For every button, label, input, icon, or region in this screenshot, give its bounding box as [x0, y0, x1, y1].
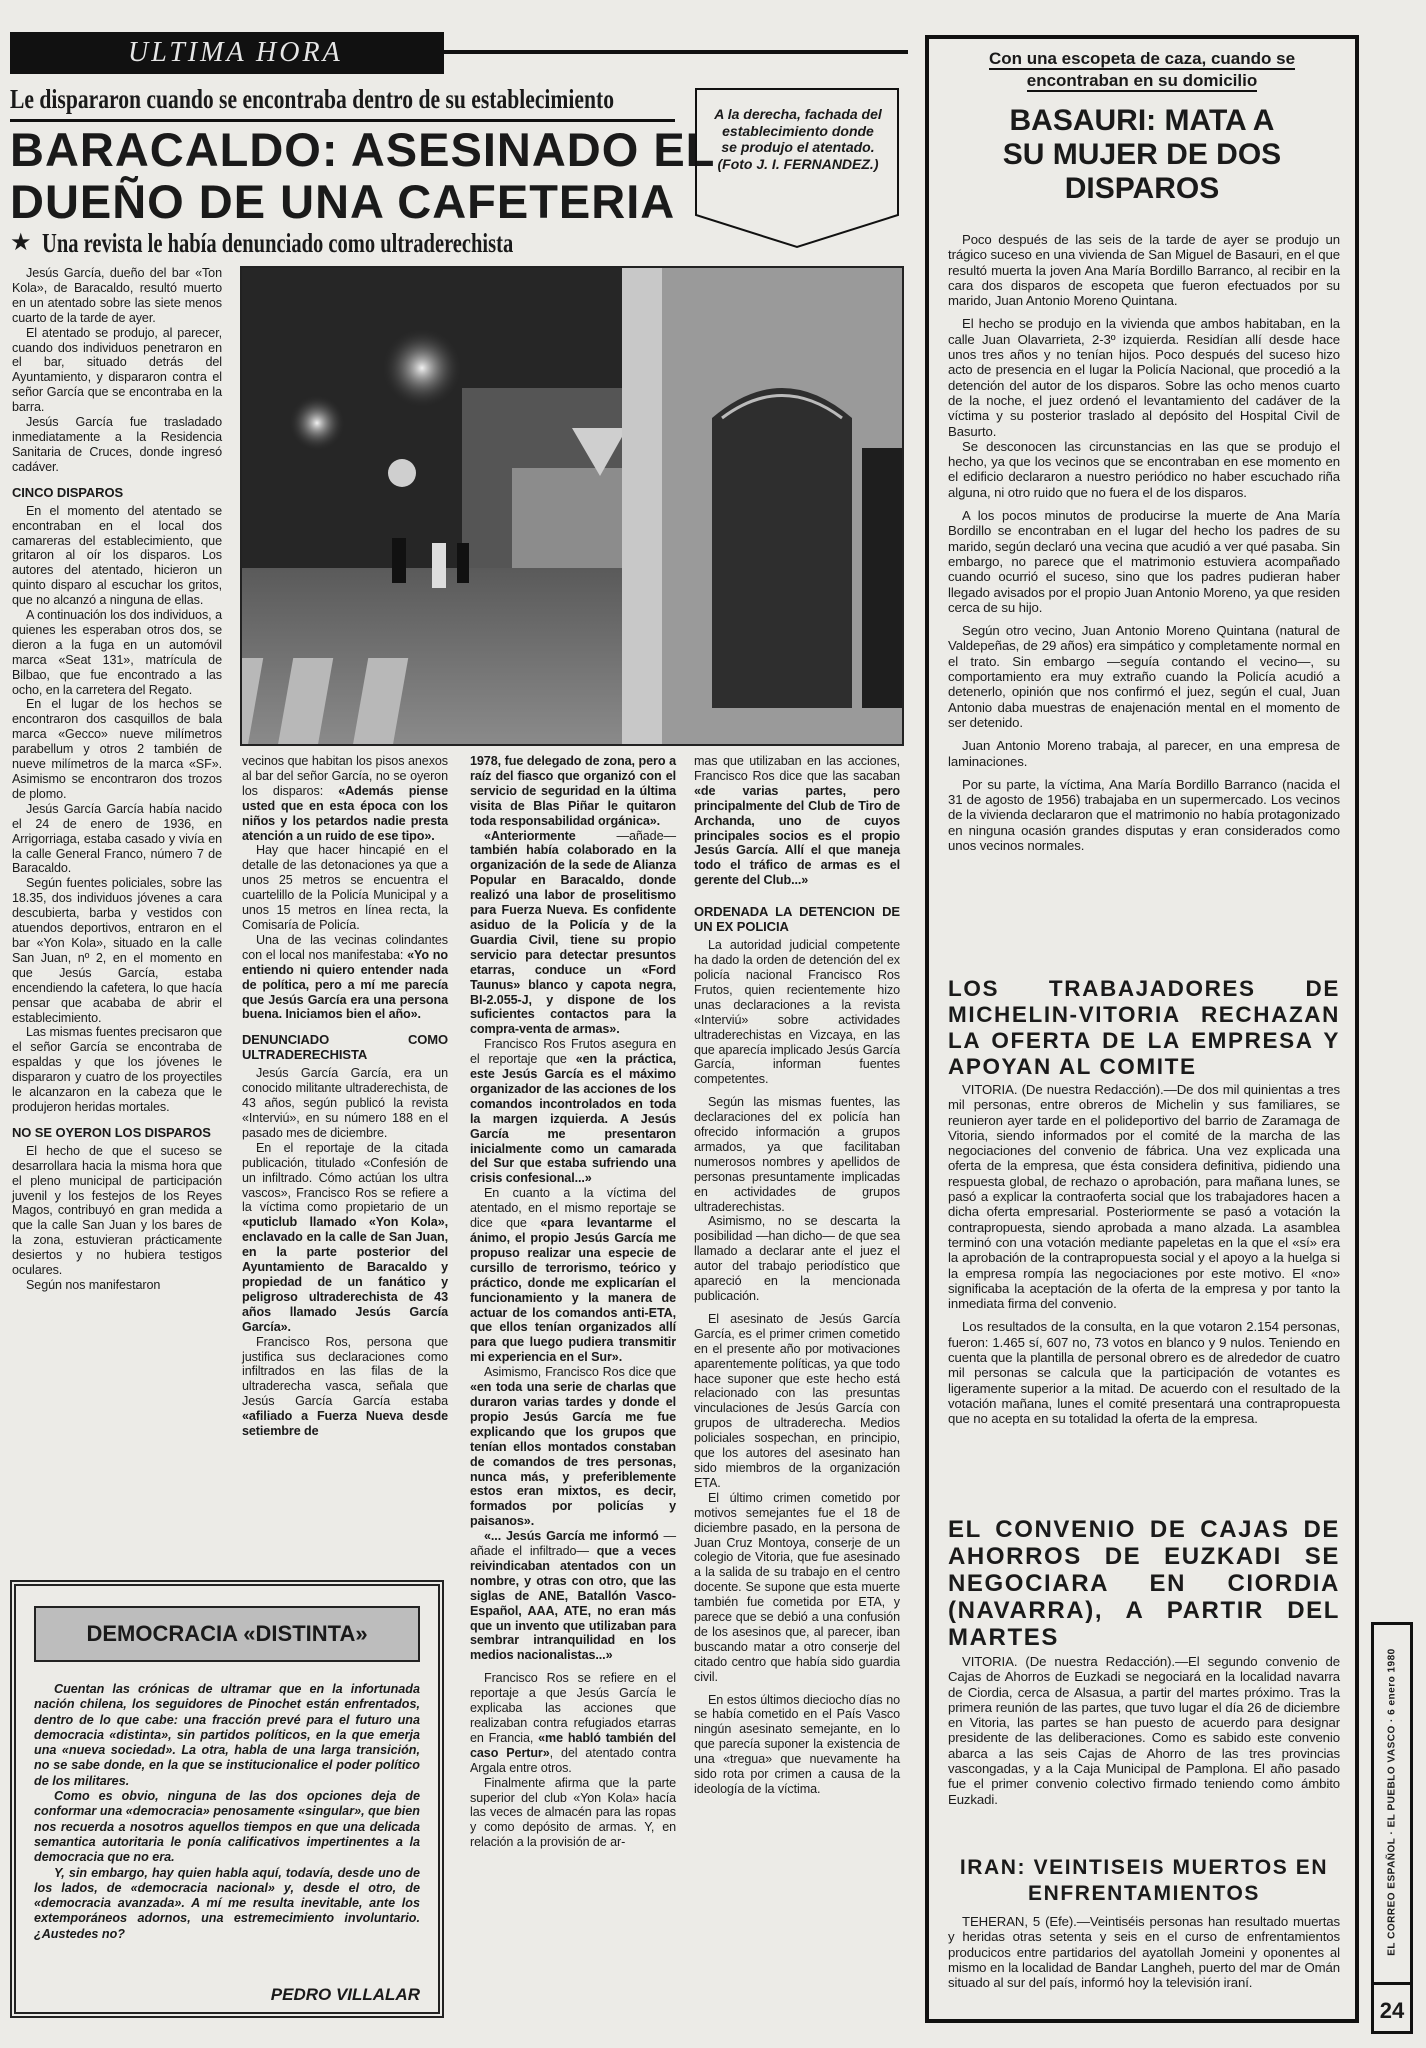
cajas-body: VITORIA. (De nuestra Redacción).—El segu…	[948, 1654, 1340, 1807]
main-story-column-3: 1978, fue delegado de zona, pero a raíz …	[470, 754, 676, 1850]
paragraph: En estos últimos dieciocho días no se ha…	[694, 1693, 900, 1797]
main-story-column-4: mas que utilizaban en las acciones, Fran…	[694, 754, 900, 1797]
iran-body: TEHERAN, 5 (Efe).—Veintiséis personas ha…	[948, 1914, 1340, 1990]
street-photo-illustration	[242, 268, 902, 744]
quote: «afiliado a Fuerza Nueva desde setiembre…	[242, 1409, 448, 1438]
subhead-denunciado: DENUNCIADO COMO ULTRADERECHISTA	[242, 1032, 448, 1062]
iran-headline: IRAN: VEINTISEIS MUERTOS EN ENFRENTAMIEN…	[948, 1855, 1340, 1907]
main-story-column-2: vecinos que habitan los pisos anexos al …	[242, 754, 448, 1439]
quote: «de varias partes, pero principalmente d…	[694, 784, 900, 887]
quote: 1978, fue delegado de zona, pero a raíz …	[470, 754, 676, 828]
paragraph: En el momento del atentado se encontraba…	[12, 504, 222, 608]
headline-line-1: BARACALDO: ASESINADO EL	[10, 124, 680, 176]
paragraph: Jesús García García había nacido el 24 d…	[12, 802, 222, 877]
paragraph: Finalmente afirma que la parte superior …	[470, 1776, 676, 1851]
main-headline: BARACALDO: ASESINADO EL DUEÑO DE UNA CAF…	[10, 124, 680, 228]
paragraph: Jesús García García, era un conocido mil…	[242, 1066, 448, 1141]
paragraph: Por su parte, la víctima, Ana María Bord…	[948, 777, 1340, 853]
paragraph: El hecho de que el suceso se desarrollar…	[12, 1144, 222, 1278]
paragraph: Como es obvio, ninguna de las dos opcion…	[34, 1789, 420, 1865]
quote: también había colaborado en la organizac…	[470, 843, 676, 1036]
publication-name-vertical: EL CORREO ESPAÑOL · EL PUEBLO VASCO · 6 …	[1371, 1622, 1413, 1982]
star-icon: ★	[10, 229, 32, 256]
paragraph: En el lugar de los hechos se encontraron…	[12, 697, 222, 801]
photo-caption: A la derecha, fachada del establecimient…	[714, 106, 882, 172]
paragraph: Según fuentes policiales, sobre las 18.3…	[12, 876, 222, 1025]
michelin-headline: LOS TRABAJADORES DE MICHELIN-VITORIA REC…	[948, 976, 1340, 1080]
paragraph: A continuación los dos individuos, a qui…	[12, 608, 222, 697]
paragraph-text: mas que utilizaban en las acciones, Fran…	[694, 754, 900, 783]
kicker-container: Le dispararon cuando se encontraba dentr…	[10, 80, 675, 118]
paragraph: VITORIA. (De nuestra Redacción).—De dos …	[948, 1082, 1340, 1311]
story-kicker: Le dispararon cuando se encontraba dentr…	[10, 80, 542, 118]
editorial-title: DEMOCRACIA «DISTINTA»	[34, 1606, 420, 1662]
subhead-ordenada-detencion: ORDENADA LA DETENCION DE UN EX POLICIA	[694, 904, 900, 934]
paragraph: A los pocos minutos de producirse la mue…	[948, 508, 1340, 615]
main-story-column-1: Jesús García, dueño del bar «Ton Kola», …	[12, 266, 222, 1293]
paragraph: Según las mismas fuentes, las declaracio…	[694, 1095, 900, 1214]
paragraph: Los resultados de la consulta, en la que…	[948, 1319, 1340, 1426]
story-subtitle: Una revista le había denunciado como ult…	[42, 226, 513, 260]
paragraph: Según otro vecino, Juan Antonio Moreno Q…	[948, 623, 1340, 730]
basauri-kicker-text: Con una escopeta de caza, cuando se enco…	[989, 49, 1295, 92]
page-number: 24	[1371, 1982, 1413, 2037]
paragraph: El hecho se produjo en la vivienda que a…	[948, 316, 1340, 438]
editorial-byline: PEDRO VILLALAR	[34, 1985, 420, 2005]
paragraph: Se desconocen las circunstancias en las …	[948, 439, 1340, 500]
paragraph: Poco después de las seis de la tarde de …	[948, 232, 1340, 308]
paragraph: La autoridad judicial competente ha dado…	[694, 938, 900, 1087]
basauri-kicker: Con una escopeta de caza, cuando se enco…	[940, 48, 1344, 92]
paragraph: Jesús García fue trasladado inmediatamen…	[12, 415, 222, 475]
quote: «en toda una serie de charlas que duraro…	[470, 1380, 676, 1528]
basauri-body: Poco después de las seis de la tarde de …	[948, 232, 1340, 853]
subtitle-row: ★ Una revista le había denunciado como u…	[10, 226, 680, 260]
paragraph: Y, sin embargo, hay quien habla aquí, to…	[34, 1866, 420, 1942]
paragraph: Hay que hacer hincapié en el detalle de …	[242, 843, 448, 932]
quote: «en la práctica, este Jesús García es el…	[470, 1052, 676, 1185]
paragraph: Juan Antonio Moreno trabaja, al parecer,…	[948, 738, 1340, 769]
basauri-headline: BASAURI: MATA A SU MUJER DE DOS DISPAROS	[940, 104, 1344, 206]
paragraph: TEHERAN, 5 (Efe).—Veintiséis personas ha…	[948, 1914, 1340, 1990]
paragraph: Jesús García, dueño del bar «Ton Kola», …	[12, 266, 222, 326]
paragraph: El último crimen cometido por motivos se…	[694, 1491, 900, 1685]
paragraph: Según nos manifestaron	[12, 1278, 222, 1293]
subhead-no-se-oyeron: NO SE OYERON LOS DISPAROS	[12, 1125, 222, 1140]
publication-name: EL CORREO ESPAÑOL · EL PUEBLO VASCO · 6 …	[1387, 1648, 1398, 1955]
subhead-cinco-disparos: CINCO DISPAROS	[12, 485, 222, 500]
quote: «Anteriormente	[484, 829, 576, 843]
michelin-body: VITORIA. (De nuestra Redacción).—De dos …	[948, 1082, 1340, 1427]
paragraph-text: En el reportaje de la citada publicación…	[242, 1141, 448, 1215]
section-banner: ULTIMA HORA	[10, 32, 444, 74]
aside: —añade—	[576, 829, 676, 843]
paragraph: Asimismo, no se descarta la posibilidad …	[694, 1214, 900, 1303]
editorial-body: Cuentan las crónicas de ultramar que en …	[34, 1682, 420, 1942]
cafeteria-facade-photo	[240, 266, 904, 746]
quote: «... Jesús García me informó	[484, 1529, 659, 1543]
quote: que a veces reivindicaban atentados con …	[470, 1544, 676, 1662]
banner-rule	[444, 50, 908, 54]
paragraph-text: Francisco Ros, persona que justifica sus…	[242, 1335, 448, 1409]
paragraph: El atentado se produjo, al parecer, cuan…	[12, 326, 222, 415]
quote: «puticlub llamado «Yon Kola», enclavado …	[242, 1215, 448, 1333]
paragraph: Cuentan las crónicas de ultramar que en …	[34, 1682, 420, 1789]
paragraph: Las mismas fuentes precisaron que el señ…	[12, 1025, 222, 1114]
headline-line-2: DUEÑO DE UNA CAFETERIA	[10, 176, 680, 228]
paragraph: El asesinato de Jesús García García, es …	[694, 1312, 900, 1491]
paragraph-text: Asimismo, Francisco Ros dice que	[484, 1365, 676, 1379]
paragraph: VITORIA. (De nuestra Redacción).—El segu…	[948, 1654, 1340, 1807]
quote: «para levantarme el ánimo, el propio Jes…	[470, 1216, 676, 1364]
cajas-headline: EL CONVENIO DE CAJAS DE AHORROS DE EUZKA…	[948, 1516, 1340, 1651]
